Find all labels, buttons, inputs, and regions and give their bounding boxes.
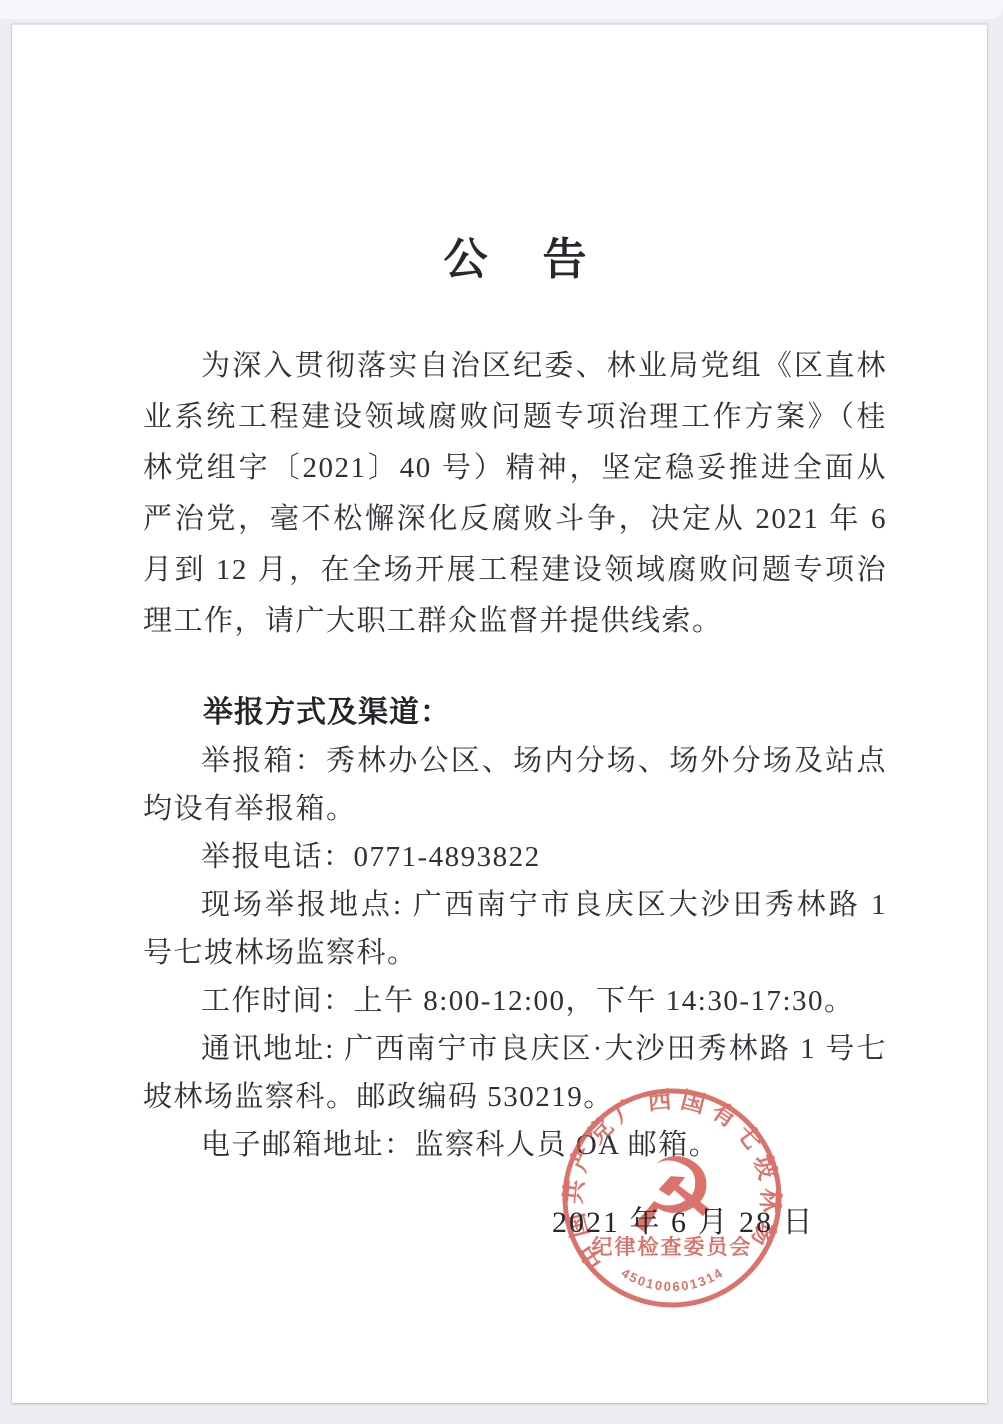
section-heading-reporting-channels: 举报方式及渠道： (143, 689, 887, 737)
item-report-phone: 举报电话：0771-4893822 (143, 833, 887, 881)
document-date: 2021 年 6 月 28 日 (552, 1197, 815, 1241)
item-report-box: 举报箱：秀林办公区、场内分场、场外分场及站点均设有举报箱。 (143, 737, 887, 833)
document-title: 公 告 (143, 223, 887, 287)
item-onsite-report-location: 现场举报地点: 广西南宁市良庆区大沙田秀林路 1 号七坡林场监察科。 (143, 881, 887, 977)
document-content: 公 告 为深入贯彻落实自治区纪委、林业局党组《区直林业系统工程建设领域腐败问题专… (143, 25, 887, 1169)
intro-paragraph: 为深入贯彻落实自治区纪委、林业局党组《区直林业系统工程建设领域腐败问题专项治理工… (143, 341, 887, 647)
document-page: 公 告 为深入贯彻落实自治区纪委、林业局党组《区直林业系统工程建设领域腐败问题专… (12, 24, 987, 1403)
item-working-hours: 工作时间：上午 8:00-12:00，下午 14:30-17:30。 (143, 977, 887, 1025)
window-top-strip (0, 0, 1003, 19)
